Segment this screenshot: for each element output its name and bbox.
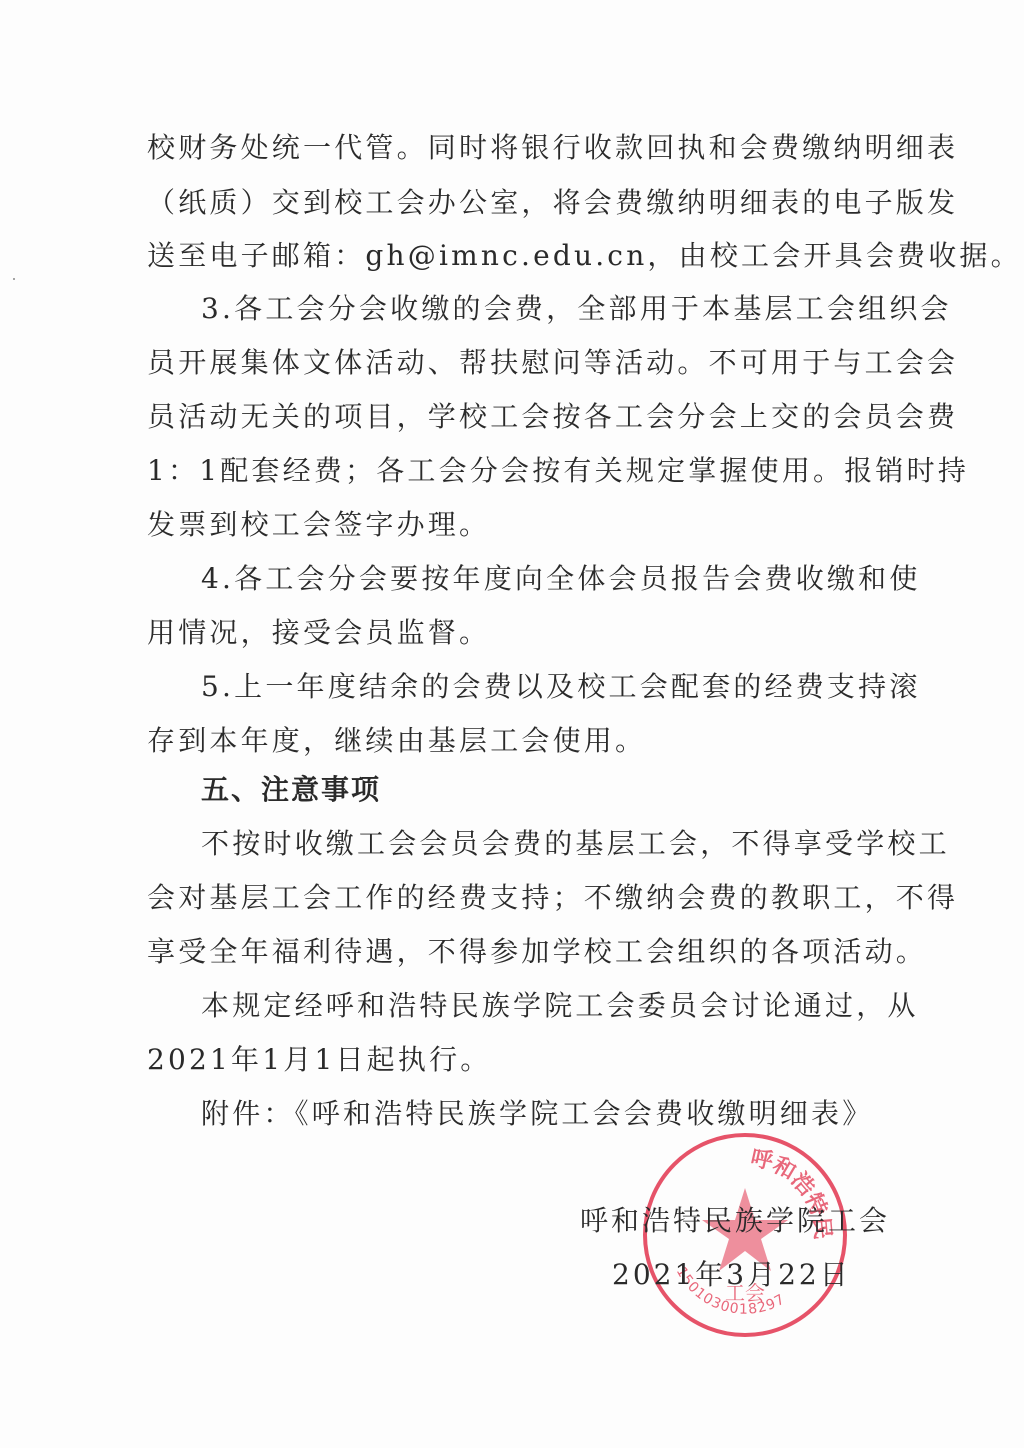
paragraph-line: 不按时收缴工会会员会费的基层工会，不得享受学校工 xyxy=(201,826,916,862)
paragraph-line: （纸质）交到校工会办公室，将会费缴纳明细表的电子版发 xyxy=(147,185,862,221)
signature-date: 2021年3月22日 xyxy=(612,1257,851,1293)
paragraph-line: 员活动无关的项目，学校工会按各工会分会上交的会员会费 xyxy=(147,399,862,435)
paragraph-line: 校财务处统一代管。同时将银行收款回执和会费缴纳明细表 xyxy=(147,130,862,166)
paragraph-line: 4.各工会分会要按年度向全体会员报告会费收缴和使 xyxy=(201,561,916,597)
signature-organization: 呼和浩特民族学院工会 xyxy=(580,1203,890,1239)
paragraph-line: 享受全年福利待遇，不得参加学校工会组织的各项活动。 xyxy=(147,934,862,970)
paragraph-line: 3.各工会分会收缴的会费，全部用于本基层工会组织会 xyxy=(201,291,916,327)
section-heading: 五、注意事项 xyxy=(201,772,916,808)
attachment-line: 附件：《呼和浩特民族学院工会会费收缴明细表》 xyxy=(201,1096,916,1132)
scan-speck xyxy=(13,278,15,280)
paragraph-line: 用情况，接受会员监督。 xyxy=(147,615,862,651)
paragraph-line: 员开展集体文体活动、帮扶慰问等活动。不可用于与工会会 xyxy=(147,345,862,381)
paragraph-line: 2021年1月1日起执行。 xyxy=(147,1042,862,1078)
paragraph-line: 会对基层工会工作的经费支持；不缴纳会费的教职工，不得 xyxy=(147,880,862,916)
document-page: 校财务处统一代管。同时将银行收款回执和会费缴纳明细表 （纸质）交到校工会办公室，… xyxy=(0,0,1024,1448)
paragraph-line: 1：1配套经费；各工会分会按有关规定掌握使用。报销时持 xyxy=(147,453,862,489)
paragraph-line: 存到本年度，继续由基层工会使用。 xyxy=(147,723,862,759)
paragraph-line: 送至电子邮箱：gh@imnc.edu.cn，由校工会开具会费收据。 xyxy=(147,238,862,274)
paragraph-line: 5.上一年度结余的会费以及校工会配套的经费支持滚 xyxy=(201,669,916,705)
paragraph-line: 本规定经呼和浩特民族学院工会委员会讨论通过，从 xyxy=(201,988,916,1024)
paragraph-line: 发票到校工会签字办理。 xyxy=(147,507,862,543)
